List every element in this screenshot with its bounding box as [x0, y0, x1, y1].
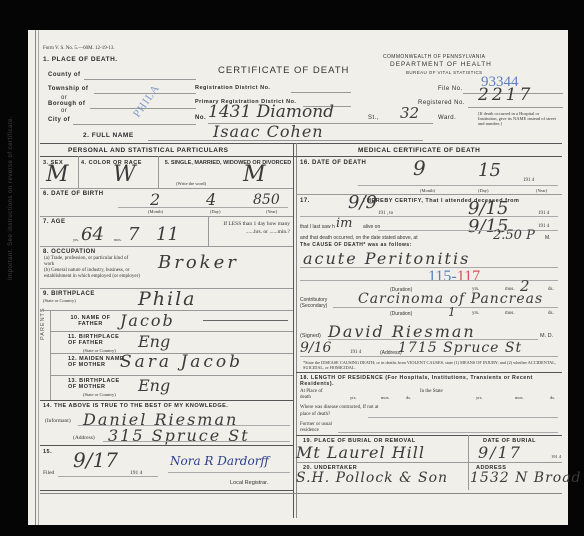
- duration-ds: ds.: [548, 287, 554, 293]
- father-birthplace-label: 11. BIRTHPLACE OF FATHER: [68, 334, 123, 346]
- file-no-label: File No.: [438, 86, 463, 92]
- mother-maiden-value: Sara Jacob: [120, 352, 243, 372]
- hospital-note: [If death occurred in a Hospital or Inst…: [478, 111, 558, 126]
- contributory-label: Contributory (Secondary): [300, 297, 332, 309]
- cell-divider: [78, 156, 79, 188]
- city-stamp: PHILA: [131, 82, 162, 120]
- former-residence-label: Former or usual residence: [300, 422, 340, 434]
- marital-value: M: [243, 162, 266, 187]
- registered-no-line: [468, 107, 563, 108]
- knowledge-label: 14. THE ABOVE IS TRUE TO THE BEST OF MY …: [43, 403, 228, 409]
- age-years: 64: [81, 224, 104, 245]
- grid-top: [40, 143, 562, 144]
- mother-maiden-label: 12. MAIDEN NAME OF MOTHER: [68, 356, 128, 368]
- row-line: [296, 462, 562, 463]
- burial-date-value: 9/17: [478, 443, 522, 462]
- city-line: [73, 124, 196, 125]
- registration-district-label: Registration District No.: [195, 85, 270, 91]
- former-residence-line: [338, 432, 558, 433]
- informant-label: (Informant): [45, 418, 71, 424]
- full-name-label: 2. FULL NAME: [83, 132, 134, 139]
- place-of-death-label: 1. PLACE OF DEATH.: [43, 56, 118, 63]
- borough-label: Borough of: [48, 101, 85, 107]
- parents-label: PARENTS: [40, 307, 46, 340]
- row-line: [40, 400, 293, 401]
- birthplace-hint: (State or Country): [43, 298, 76, 304]
- residence-ds: ds.: [406, 395, 411, 401]
- informant-address-value: 315 Spruce St: [108, 426, 250, 445]
- yrs-abbr: yrs.: [73, 237, 79, 243]
- filed-date: 9/17: [73, 448, 118, 472]
- ward-value: 32: [400, 104, 419, 122]
- address-line: [103, 441, 290, 442]
- grid-bottom: [40, 490, 293, 491]
- residence-mos: mos.: [381, 395, 390, 401]
- ward-label: Ward.: [438, 115, 456, 121]
- medical-section-title: MEDICAL CERTIFICATE OF DEATH: [358, 147, 480, 154]
- filed-number: 15.: [43, 449, 52, 455]
- county-line: [84, 79, 196, 80]
- street-no-label: No.: [195, 115, 206, 121]
- father-name-dash: [203, 320, 288, 321]
- color-value: W: [113, 162, 136, 187]
- md-label: M. D.: [540, 333, 553, 339]
- state-mos: mos.: [515, 395, 524, 401]
- cell-divider: [158, 156, 159, 188]
- margin-rule: [38, 30, 39, 525]
- state-yrs: yrs.: [476, 395, 483, 401]
- registered-no-value: 2217: [478, 85, 533, 105]
- dod-year: 191 4: [523, 178, 534, 184]
- row-line: [296, 435, 562, 436]
- signed-label: (Signed): [300, 333, 321, 339]
- burial-year: 191 4: [551, 454, 561, 460]
- certify-number: 17.: [300, 198, 310, 204]
- undertaker-value: S.H. Pollock & Son: [296, 470, 448, 486]
- township-label: Township of: [48, 86, 88, 92]
- dod-day: 15: [478, 160, 501, 181]
- death-certificate: Important. See instructions on reverse o…: [28, 30, 568, 525]
- contrib-duration-yrs: yrs.: [472, 311, 479, 317]
- occupation-note-a: (a) Trade, profession, or particular kin…: [44, 256, 139, 268]
- residence-yrs: yrs.: [350, 395, 357, 401]
- father-birthplace-value: Eng: [138, 332, 170, 351]
- mother-birthplace-label: 13. BIRTHPLACE OF MOTHER: [68, 378, 123, 390]
- dob-day-hint: (Day): [210, 209, 221, 215]
- death-time: 2.50 P: [493, 228, 535, 243]
- less-than-day-note: If LESS than 1 day how many ......hrs. o…: [212, 220, 290, 236]
- marital-hint: (Write the word): [176, 181, 206, 187]
- registered-no-label: Registered No.: [418, 100, 465, 106]
- row-line: [296, 372, 562, 373]
- sign-address-line: [300, 356, 558, 357]
- cause-label: The CAUSE OF DEATH* was as follows:: [300, 242, 412, 248]
- m-label: M.: [545, 235, 551, 241]
- contrib-duration-ds: ds.: [548, 311, 554, 317]
- agency-line-2: DEPARTMENT OF HEALTH: [390, 61, 492, 68]
- father-name-value: Jacob: [120, 311, 175, 330]
- column-divider: [293, 143, 294, 518]
- state-ds: ds.: [550, 395, 555, 401]
- dod-line: [358, 185, 558, 186]
- birthplace-value: Phila: [138, 288, 197, 310]
- mos-abbr: mos.: [114, 237, 122, 243]
- form-id: Form V. S. No. 5.—60M. 12-19-13.: [43, 46, 115, 52]
- dod-month: 9: [413, 156, 426, 180]
- in-state-label: In the State: [420, 389, 450, 395]
- filed-line: [58, 476, 158, 477]
- row-line: [296, 194, 562, 195]
- contributory-line: [333, 307, 558, 308]
- filed-label: Filed: [43, 470, 54, 476]
- row-line: [40, 216, 293, 217]
- birthplace-label: 9. BIRTHPLACE: [43, 291, 95, 297]
- occupation-label: 8. OCCUPATION: [43, 249, 96, 255]
- cause-code-red: 117: [457, 268, 480, 285]
- city-label: City of: [48, 117, 70, 123]
- row-line: [40, 188, 293, 189]
- father-name-label: 10. NAME OF FATHER: [68, 315, 113, 327]
- margin-rule: [35, 30, 36, 525]
- registrar-line: [168, 472, 290, 473]
- or-label: or: [61, 108, 67, 114]
- age-days: 11: [156, 224, 179, 245]
- cause-code-stamp: 115-117: [428, 268, 480, 286]
- agency-line-3: BUREAU OF VITAL STATISTICS: [406, 70, 483, 75]
- burial-place-value: Mt Laurel Hill: [296, 443, 425, 462]
- registration-district-line: [291, 92, 351, 93]
- dob-line: [118, 207, 288, 208]
- dob-month-hint: (Month): [148, 209, 163, 215]
- sign-date: 9/16: [300, 340, 331, 356]
- residence-label: 18. LENGTH OF RESIDENCE (For Hospitals, …: [300, 375, 558, 387]
- mother-birthplace-hint: (State or Country): [83, 392, 116, 398]
- sex-value: M: [46, 162, 69, 187]
- contracted-line: [368, 417, 558, 418]
- date-of-death-label: 16. DATE OF DEATH: [300, 160, 366, 166]
- full-name-line: [148, 140, 423, 141]
- occupation-note-b: (b) General nature of industry, business…: [44, 268, 149, 280]
- grid-bottom-2: [40, 493, 562, 494]
- address-label: (Address): [73, 435, 95, 441]
- street-label: St.,: [368, 115, 379, 121]
- death-occurred-label: and that death occurred, on the date sta…: [300, 235, 418, 241]
- age-label: 7. AGE: [43, 219, 65, 225]
- cause-code-blue: 115-: [428, 268, 457, 285]
- row-line: [40, 246, 293, 247]
- dob-year-hint: (Year): [266, 209, 277, 215]
- agency-line-1: COMMONWEALTH OF PENNSYLVANIA: [383, 54, 485, 60]
- cause-value: acute Peritonitis: [303, 249, 470, 268]
- mother-birthplace-value: Eng: [138, 376, 170, 395]
- age-months: 7: [128, 224, 139, 245]
- personal-section-title: PERSONAL AND STATISTICAL PARTICULARS: [68, 147, 229, 154]
- last-saw-value: im: [336, 216, 353, 231]
- local-registrar-label: Local Registrar.: [230, 480, 268, 486]
- full-name-value: Isaac Cohen: [213, 122, 324, 141]
- occupation-value: Broker: [158, 252, 239, 273]
- county-label: County of: [48, 72, 81, 78]
- row-line: [40, 445, 293, 446]
- parents-divider: [50, 310, 51, 400]
- registrar-signature: Nora R Dardorff: [170, 454, 269, 468]
- side-note: Important. See instructions on reverse o…: [8, 116, 14, 280]
- sign-address-value: 1715 Spruce St: [398, 340, 522, 356]
- contrib-duration-label: (Duration): [390, 311, 412, 317]
- last-saw-label: that I last saw h: [300, 224, 335, 230]
- marital-label: 5. SINGLE, MARRIED, WIDOWED OR DIVORCED: [163, 160, 293, 166]
- at-place-label: At Place of death: [300, 389, 330, 401]
- dob-year: 850: [253, 192, 280, 208]
- row-line: [50, 375, 293, 376]
- contrib-duration-value: 1: [448, 305, 456, 319]
- cell-divider: [208, 216, 209, 246]
- cause-footnote: *State the DISEASE CAUSING DEATH; or in …: [303, 360, 558, 370]
- street-value: 1431 Diamond: [208, 102, 334, 122]
- undertaker-address-value: 1532 N Broad: [470, 470, 582, 486]
- attended-from: 9/9: [348, 192, 377, 213]
- row-line: [50, 331, 293, 332]
- date-of-birth-label: 6. DATE OF BIRTH: [43, 191, 104, 197]
- certificate-title: CERTIFICATE OF DEATH: [218, 65, 349, 76]
- contrib-duration-mos: mos.: [505, 311, 515, 317]
- contracted-label: Where was disease contracted, If not at …: [300, 404, 380, 418]
- section-header-line: [40, 156, 562, 157]
